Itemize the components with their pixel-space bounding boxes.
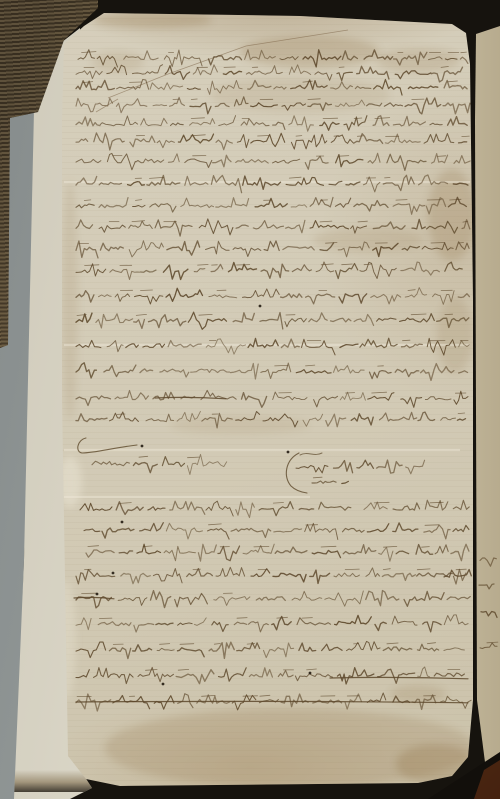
- rubric: [92, 454, 227, 474]
- ink-group: [74, 50, 498, 711]
- entry-2: [76, 500, 471, 711]
- interlinear-insertion: [444, 570, 471, 578]
- ink-speck: [309, 672, 312, 675]
- strikethrough: [76, 701, 468, 702]
- chancery-note: [296, 460, 425, 483]
- handwriting-ink-layer: [0, 0, 500, 799]
- ink-speck: [121, 521, 124, 524]
- ink-speck: [259, 305, 262, 308]
- manuscript-photo-scene: Two registry entries in faded brown Lati…: [0, 0, 500, 799]
- facing-page-ink-traces: [479, 558, 498, 649]
- ink-speck: [112, 572, 115, 575]
- ink-speck: [162, 683, 165, 686]
- ink-speck: [96, 593, 99, 596]
- chancery-note-squiggle: [300, 453, 322, 455]
- chancery-note-bracket: [286, 453, 307, 493]
- ink-speck: [141, 445, 144, 448]
- ink-speck: [287, 451, 290, 454]
- strikethrough: [330, 677, 468, 678]
